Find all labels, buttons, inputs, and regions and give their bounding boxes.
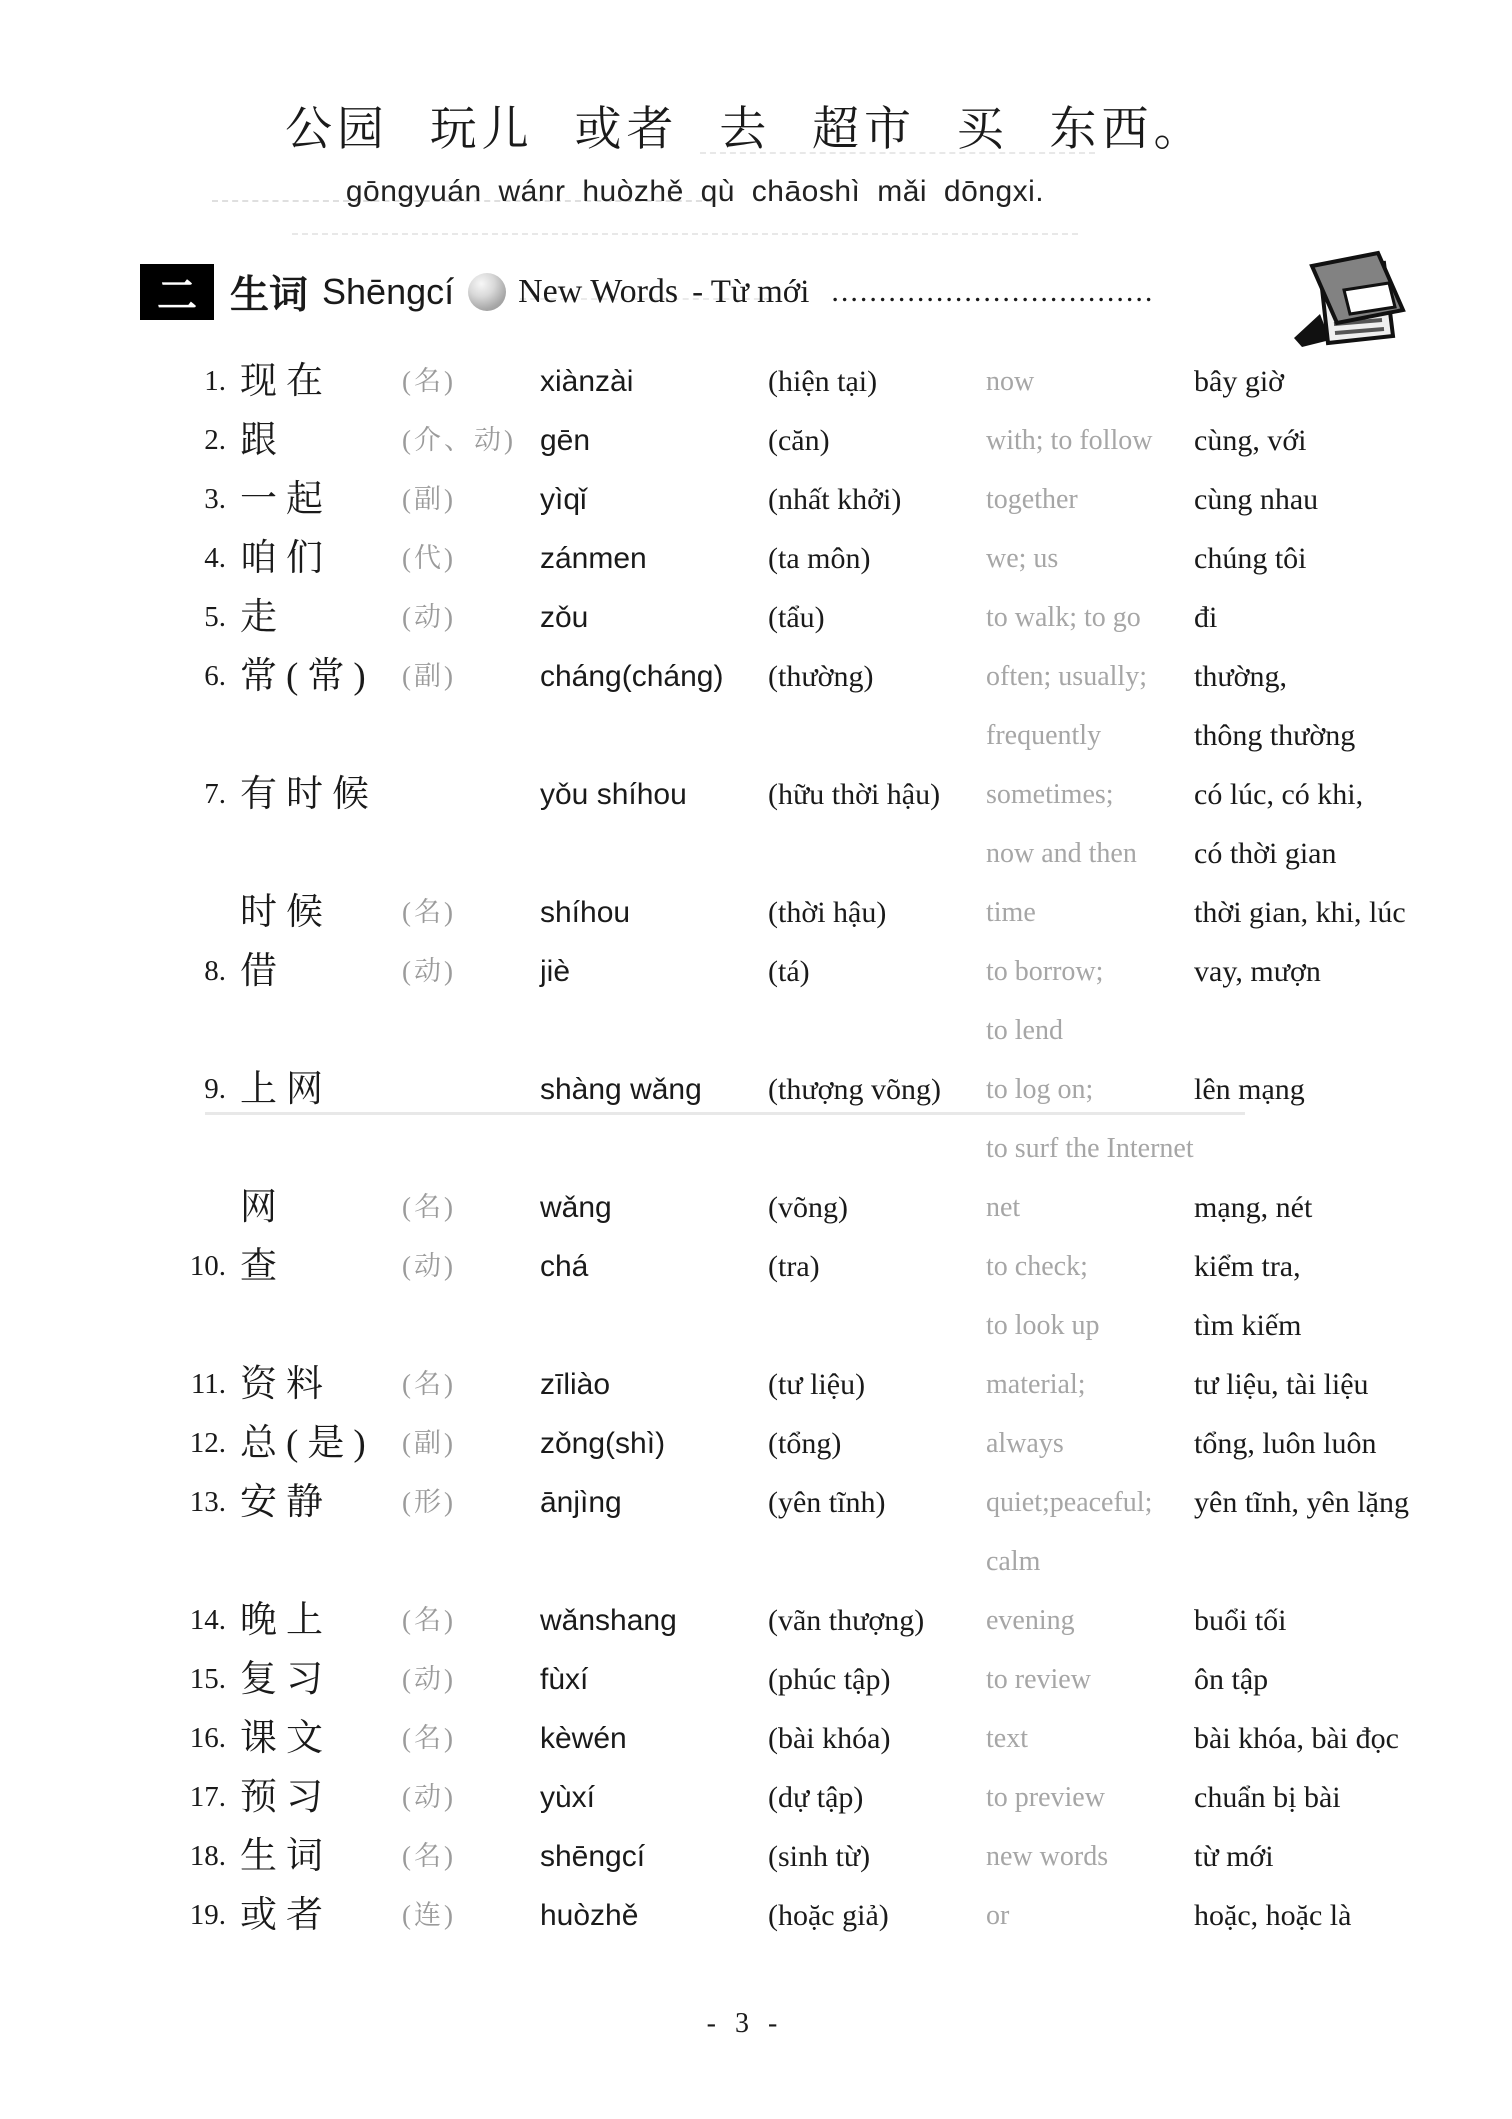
entry-english-gloss: to log on;to surf the Internet [986,1060,1194,1178]
vocab-row: 4.咱们(代)zánmen(ta môn)we; uschúng tôi [152,529,1442,588]
entry-vietnamese-gloss-line: hoặc, hoặc là [1194,1886,1442,1945]
entry-number: 16. [152,1709,240,1768]
entry-sino-vietnamese: (thời hậu) [768,883,986,942]
entry-part-of-speech: (动) [402,588,540,647]
entry-part-of-speech: (形) [402,1473,540,1532]
entry-word-chinese: 晚上 [240,1591,402,1650]
entry-word-chinese: 课文 [240,1709,402,1768]
entry-english-gloss-line: now and then [986,824,1194,883]
entry-part-of-speech: (介、动) [402,411,540,470]
entry-vietnamese-gloss: có lúc, có khi,có thời gian [1194,765,1442,883]
entry-number: 7. [152,765,240,824]
entry-vietnamese-gloss-line: chuẩn bị bài [1194,1768,1442,1827]
entry-word-chinese: 复习 [240,1650,402,1709]
entry-vietnamese-gloss-line: tư liệu, tài liệu [1194,1355,1442,1414]
entry-vietnamese-gloss-line: có thời gian [1194,824,1442,883]
vocab-row: 16.课文(名)kèwén(bài khóa)textbài khóa, bài… [152,1709,1442,1768]
entry-number: 14. [152,1591,240,1650]
entry-part-of-speech: (名) [402,1591,540,1650]
entry-vietnamese-gloss: đi [1194,588,1442,647]
entry-english-gloss: material; [986,1355,1194,1414]
entry-vietnamese-gloss-line: tìm kiếm [1194,1296,1442,1355]
entry-english-gloss-line: to borrow; [986,942,1194,1001]
entry-sino-vietnamese: (tư liệu) [768,1355,986,1414]
entry-part-of-speech: (动) [402,1237,540,1296]
entry-english-gloss-line: to check; [986,1237,1194,1296]
entry-word-chinese: 生词 [240,1827,402,1886]
entry-vietnamese-gloss: cùng nhau [1194,470,1442,529]
entry-vietnamese-gloss: bài khóa, bài đọc [1194,1709,1442,1768]
entry-word-chinese: 或者 [240,1886,402,1945]
entry-number: 6. [152,647,240,706]
entry-english-gloss: to check;to look up [986,1237,1194,1355]
entry-sino-vietnamese: (bài khóa) [768,1709,986,1768]
entry-pinyin: yìqǐ [540,470,768,529]
entry-part-of-speech: (动) [402,942,540,1001]
entry-sino-vietnamese: (võng) [768,1178,986,1237]
entry-pinyin: chá [540,1237,768,1296]
entry-pinyin: shàng wǎng [540,1060,768,1119]
entry-number: 1. [152,352,240,411]
entry-english-gloss: time [986,883,1194,942]
vocab-row: 12.总(是)(副)zǒng(shì)(tổng)alwaystổng, luô… [152,1414,1442,1473]
entry-number: 8. [152,942,240,1001]
entry-number: 19. [152,1886,240,1945]
entry-word-chinese: 预习 [240,1768,402,1827]
entry-sino-vietnamese: (phúc tập) [768,1650,986,1709]
entry-vietnamese-gloss: buổi tối [1194,1591,1442,1650]
section-title-vietnamese: - Từ mới [692,274,809,311]
entry-english-gloss-line: to surf the Internet [986,1119,1194,1178]
entry-sino-vietnamese: (dự tập) [768,1768,986,1827]
entry-vietnamese-gloss: cùng, với [1194,411,1442,470]
entry-vietnamese-gloss: mạng, nét [1194,1178,1442,1237]
sphere-icon [468,273,506,311]
entry-vietnamese-gloss: vay, mượn [1194,942,1442,1001]
entry-pinyin: yǒu shíhou [540,765,768,824]
entry-number: 10. [152,1237,240,1296]
entry-pinyin: xiànzài [540,352,768,411]
section-number-badge: 二 [140,264,214,320]
vocab-row: 8.借(动)jiè(tá)to borrow;to lendvay, mượn [152,942,1442,1060]
entry-word-chinese: 安静 [240,1473,402,1532]
entry-english-gloss: to preview [986,1768,1194,1827]
vocab-row: 17.预习(动)yùxí(dự tập)to previewchuẩn bị b… [152,1768,1442,1827]
entry-vietnamese-gloss: tư liệu, tài liệu [1194,1355,1442,1414]
entry-part-of-speech: (动) [402,1768,540,1827]
entry-number: 13. [152,1473,240,1532]
entry-vietnamese-gloss: lên mạng [1194,1060,1442,1119]
entry-vietnamese-gloss-line: bây giờ [1194,352,1442,411]
vocab-row: 6.常(常)(副)cháng(cháng)(thường)often; usua… [152,647,1442,765]
entry-english-gloss: sometimes;now and then [986,765,1194,883]
entry-english-gloss-line: quiet;peaceful; [986,1473,1194,1532]
entry-part-of-speech: (连) [402,1886,540,1945]
entry-sino-vietnamese: (thượng võng) [768,1060,986,1119]
entry-number: 11. [152,1355,240,1414]
entry-pinyin: zǒng(shì) [540,1414,768,1473]
entry-word-chinese: 借 [240,942,402,1001]
dotted-leader: .................................. [831,275,1290,309]
entry-english-gloss-line: to log on; [986,1060,1194,1119]
notebook-icon [1286,246,1426,354]
example-sentence: 公园 玩儿 或者 去 超市 买 东西。 gōngyuán wánr huòzhě… [285,92,1105,209]
scan-artifact-rule [292,233,1078,235]
entry-pinyin: zīliào [540,1355,768,1414]
entry-number: 12. [152,1414,240,1473]
entry-pinyin: fùxí [540,1650,768,1709]
entry-sino-vietnamese: (vãn thượng) [768,1591,986,1650]
entry-english-gloss: to walk; to go [986,588,1194,647]
entry-word-chinese: 一起 [240,470,402,529]
section-header: 二 生词 Shēngcí New Words - Từ mới ........… [140,264,1290,320]
entry-part-of-speech: (名) [402,883,540,942]
entry-number: 9. [152,1060,240,1119]
entry-english-gloss-line: new words [986,1827,1194,1886]
entry-pinyin: wǎnshang [540,1591,768,1650]
entry-english-gloss-line: time [986,883,1194,942]
entry-english-gloss: together [986,470,1194,529]
entry-pinyin: ānjìng [540,1473,768,1532]
entry-english-gloss: new words [986,1827,1194,1886]
entry-english-gloss: now [986,352,1194,411]
entry-vietnamese-gloss-line: cùng, với [1194,411,1442,470]
entry-english-gloss-line: with; to follow [986,411,1194,470]
vocab-row: 2.跟(介、动)gēn(căn)with; to followcùng, với [152,411,1442,470]
entry-vietnamese-gloss-line: ôn tập [1194,1650,1442,1709]
entry-vietnamese-gloss: hoặc, hoặc là [1194,1886,1442,1945]
entry-sino-vietnamese: (yên tĩnh) [768,1473,986,1532]
entry-pinyin: yùxí [540,1768,768,1827]
vocab-row: 9.上网shàng wǎng(thượng võng)to log on;to … [152,1060,1442,1178]
entry-number: 3. [152,470,240,529]
section-title-chinese: 生词 [230,264,308,320]
entry-pinyin: wǎng [540,1178,768,1237]
entry-english-gloss: often; usually;frequently [986,647,1194,765]
entry-vietnamese-gloss: thời gian, khi, lúc [1194,883,1442,942]
vocab-row: 5.走(动)zǒu(tẩu)to walk; to gođi [152,588,1442,647]
entry-vietnamese-gloss-line: vay, mượn [1194,942,1442,1001]
entry-english-gloss-line: we; us [986,529,1194,588]
vocab-row: 网(名)wǎng(võng)netmạng, nét [152,1178,1442,1237]
entry-vietnamese-gloss: chuẩn bị bài [1194,1768,1442,1827]
entry-english-gloss-line: text [986,1709,1194,1768]
entry-vietnamese-gloss: từ mới [1194,1827,1442,1886]
entry-word-chinese: 上网 [240,1060,402,1119]
vocab-row: 1.现在(名)xiànzài(hiện tại)nowbây giờ [152,352,1442,411]
entry-english-gloss-line: evening [986,1591,1194,1650]
entry-vietnamese-gloss: ôn tập [1194,1650,1442,1709]
entry-word-chinese: 走 [240,588,402,647]
entry-vietnamese-gloss-line: thông thường [1194,706,1442,765]
page-number: - 3 - [0,2008,1490,2040]
vocab-row: 15.复习(动)fùxí(phúc tập)to reviewôn tập [152,1650,1442,1709]
entry-vietnamese-gloss-line: cùng nhau [1194,470,1442,529]
entry-word-chinese: 跟 [240,411,402,470]
entry-number: 5. [152,588,240,647]
entry-english-gloss: we; us [986,529,1194,588]
entry-word-chinese: 有时候 [240,765,402,824]
entry-word-chinese: 常(常) [240,647,402,706]
entry-word-chinese: 时候 [240,883,402,942]
vocab-row: 时候(名)shíhou(thời hậu)timethời gian, khi,… [152,883,1442,942]
entry-part-of-speech: (副) [402,647,540,706]
entry-vietnamese-gloss-line: chúng tôi [1194,529,1442,588]
entry-pinyin: jiè [540,942,768,1001]
entry-sino-vietnamese: (sinh từ) [768,1827,986,1886]
entry-number: 18. [152,1827,240,1886]
entry-vietnamese-gloss-line: thời gian, khi, lúc [1194,883,1442,942]
entry-vietnamese-gloss-line: từ mới [1194,1827,1442,1886]
entry-english-gloss: to borrow;to lend [986,942,1194,1060]
entry-part-of-speech: (名) [402,1827,540,1886]
entry-english-gloss-line: to preview [986,1768,1194,1827]
entry-english-gloss: or [986,1886,1194,1945]
entry-word-chinese: 资料 [240,1355,402,1414]
entry-sino-vietnamese: (căn) [768,411,986,470]
entry-english-gloss-line: or [986,1886,1194,1945]
entry-vietnamese-gloss: chúng tôi [1194,529,1442,588]
entry-pinyin: kèwén [540,1709,768,1768]
entry-english-gloss-line: to lend [986,1001,1194,1060]
entry-part-of-speech: (副) [402,470,540,529]
entry-pinyin: gēn [540,411,768,470]
entry-vietnamese-gloss-line: tổng, luôn luôn [1194,1414,1442,1473]
vocab-row: 3.一起(副)yìqǐ(nhất khởi)togethercùng nhau [152,470,1442,529]
entry-sino-vietnamese: (hữu thời hậu) [768,765,986,824]
entry-word-chinese: 总(是) [240,1414,402,1473]
sentence-pinyin: gōngyuán wánr huòzhě qù chāoshì mǎi dōng… [285,175,1105,209]
vocab-row: 7.有时候yǒu shíhou(hữu thời hậu)sometimes;n… [152,765,1442,883]
entry-english-gloss: always [986,1414,1194,1473]
entry-english-gloss: evening [986,1591,1194,1650]
entry-english-gloss-line: often; usually; [986,647,1194,706]
entry-word-chinese: 现在 [240,352,402,411]
entry-english-gloss: text [986,1709,1194,1768]
entry-vietnamese-gloss-line: buổi tối [1194,1591,1442,1650]
entry-vietnamese-gloss: thường,thông thường [1194,647,1442,765]
entry-part-of-speech: (副) [402,1414,540,1473]
entry-pinyin: cháng(cháng) [540,647,768,706]
section-title-pinyin: Shēngcí [322,271,454,313]
entry-vietnamese-gloss-line: thường, [1194,647,1442,706]
entry-pinyin: huòzhě [540,1886,768,1945]
entry-sino-vietnamese: (hiện tại) [768,352,986,411]
entry-pinyin: zánmen [540,529,768,588]
entry-pinyin: zǒu [540,588,768,647]
entry-number: 2. [152,411,240,470]
entry-number: 15. [152,1650,240,1709]
entry-english-gloss-line: to review [986,1650,1194,1709]
entry-sino-vietnamese: (thường) [768,647,986,706]
entry-vietnamese-gloss: tổng, luôn luôn [1194,1414,1442,1473]
entry-part-of-speech: (名) [402,1355,540,1414]
entry-english-gloss-line: to walk; to go [986,588,1194,647]
entry-part-of-speech: (名) [402,352,540,411]
vocab-row: 19.或者(连)huòzhě(hoặc giả)orhoặc, hoặc là [152,1886,1442,1945]
entry-english-gloss-line: calm [986,1532,1194,1591]
entry-number: 17. [152,1768,240,1827]
entry-vietnamese-gloss-line: đi [1194,588,1442,647]
book-page: 公园 玩儿 或者 去 超市 买 东西。 gōngyuán wánr huòzhě… [0,0,1512,2119]
entry-vietnamese-gloss-line: bài khóa, bài đọc [1194,1709,1442,1768]
entry-english-gloss: quiet;peaceful;calm [986,1473,1194,1591]
vocab-row: 11.资料(名)zīliào(tư liệu)material;tư liệu,… [152,1355,1442,1414]
entry-vietnamese-gloss-line: kiểm tra, [1194,1237,1442,1296]
entry-word-chinese: 网 [240,1178,402,1237]
vocab-row: 18.生词(名)shēngcí(sinh từ)new wordstừ mới [152,1827,1442,1886]
entry-pinyin: shēngcí [540,1827,768,1886]
section-title-english: New Words [518,273,678,311]
entry-number: 4. [152,529,240,588]
entry-part-of-speech: (代) [402,529,540,588]
sentence-chinese: 公园 玩儿 或者 去 超市 买 东西。 [285,92,1105,159]
entry-sino-vietnamese: (ta môn) [768,529,986,588]
entry-english-gloss-line: together [986,470,1194,529]
entry-part-of-speech: (名) [402,1709,540,1768]
entry-english-gloss-line: now [986,352,1194,411]
entry-english-gloss-line: to look up [986,1296,1194,1355]
entry-vietnamese-gloss-line: yên tĩnh, yên lặng [1194,1473,1442,1532]
vocab-row: 10.查(动)chá(tra)to check;to look upkiểm t… [152,1237,1442,1355]
entry-vietnamese-gloss: kiểm tra,tìm kiếm [1194,1237,1442,1355]
entry-vietnamese-gloss-line: mạng, nét [1194,1178,1442,1237]
entry-english-gloss-line: net [986,1178,1194,1237]
entry-english-gloss-line: sometimes; [986,765,1194,824]
entry-english-gloss: net [986,1178,1194,1237]
entry-vietnamese-gloss: bây giờ [1194,352,1442,411]
entry-sino-vietnamese: (tá) [768,942,986,1001]
vocab-list: 1.现在(名)xiànzài(hiện tại)nowbây giờ2.跟(介、… [152,352,1442,1945]
entry-sino-vietnamese: (tổng) [768,1414,986,1473]
entry-sino-vietnamese: (tra) [768,1237,986,1296]
entry-english-gloss: with; to follow [986,411,1194,470]
vocab-row: 14.晚上(名)wǎnshang(vãn thượng)eveningbuổi … [152,1591,1442,1650]
entry-word-chinese: 查 [240,1237,402,1296]
entry-english-gloss-line: material; [986,1355,1194,1414]
entry-vietnamese-gloss-line: lên mạng [1194,1060,1442,1119]
entry-english-gloss: to review [986,1650,1194,1709]
entry-part-of-speech: (动) [402,1650,540,1709]
entry-pinyin: shíhou [540,883,768,942]
entry-english-gloss-line: frequently [986,706,1194,765]
entry-part-of-speech: (名) [402,1178,540,1237]
entry-english-gloss-line: always [986,1414,1194,1473]
entry-word-chinese: 咱们 [240,529,402,588]
entry-sino-vietnamese: (nhất khởi) [768,470,986,529]
entry-sino-vietnamese: (hoặc giả) [768,1886,986,1945]
entry-vietnamese-gloss: yên tĩnh, yên lặng [1194,1473,1442,1532]
entry-vietnamese-gloss-line: có lúc, có khi, [1194,765,1442,824]
entry-sino-vietnamese: (tẩu) [768,588,986,647]
vocab-row: 13.安静(形)ānjìng(yên tĩnh)quiet;peaceful;c… [152,1473,1442,1591]
